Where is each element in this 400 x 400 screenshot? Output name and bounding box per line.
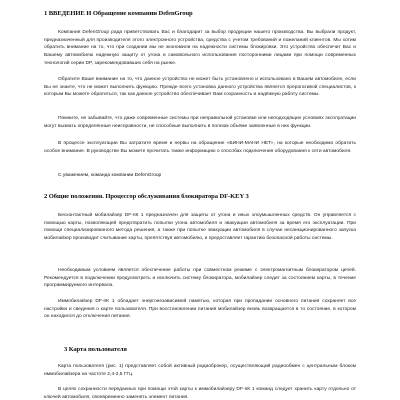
section-2-paragraph-3: Иммобилайзер DF-пК 1 обладает энергонеза… bbox=[44, 298, 356, 321]
section-1-paragraph-4: В процессе эксплуатации Вы затратите вре… bbox=[44, 140, 356, 155]
section-3-paragraph-2: В целях сохранности переданных при помощ… bbox=[44, 386, 356, 400]
section-1-paragraph-3: Помните, не забывайте, что даже современ… bbox=[44, 115, 356, 130]
section-2-paragraph-2: Необходимым условием является обеспечени… bbox=[44, 267, 356, 290]
section-3-heading: 3 Карта пользователя bbox=[64, 346, 127, 353]
section-2-paragraph-1: Бесконтактный мобилайзер DF-пК 1 предназ… bbox=[44, 212, 356, 243]
document-page: 1 ВВЕДЕНИЕ И Обращение компании DefenGro… bbox=[0, 0, 400, 400]
signature-line: С уважением, команда компании DefenGroup bbox=[58, 173, 161, 178]
section-1-paragraph-1: Компания DefenGroup рада приветствовать … bbox=[44, 29, 356, 68]
section-1-heading: 1 ВВЕДЕНИЕ И Обращение компании DefenGro… bbox=[44, 10, 193, 17]
section-1-paragraph-2: Обратите Ваше внимание на то, что данное… bbox=[44, 76, 356, 99]
section-3-paragraph-1: Карта пользователя (рис. 1) представляет… bbox=[44, 363, 356, 378]
section-2-heading: 2 Общие положения. Процессор обслуживани… bbox=[44, 193, 249, 200]
